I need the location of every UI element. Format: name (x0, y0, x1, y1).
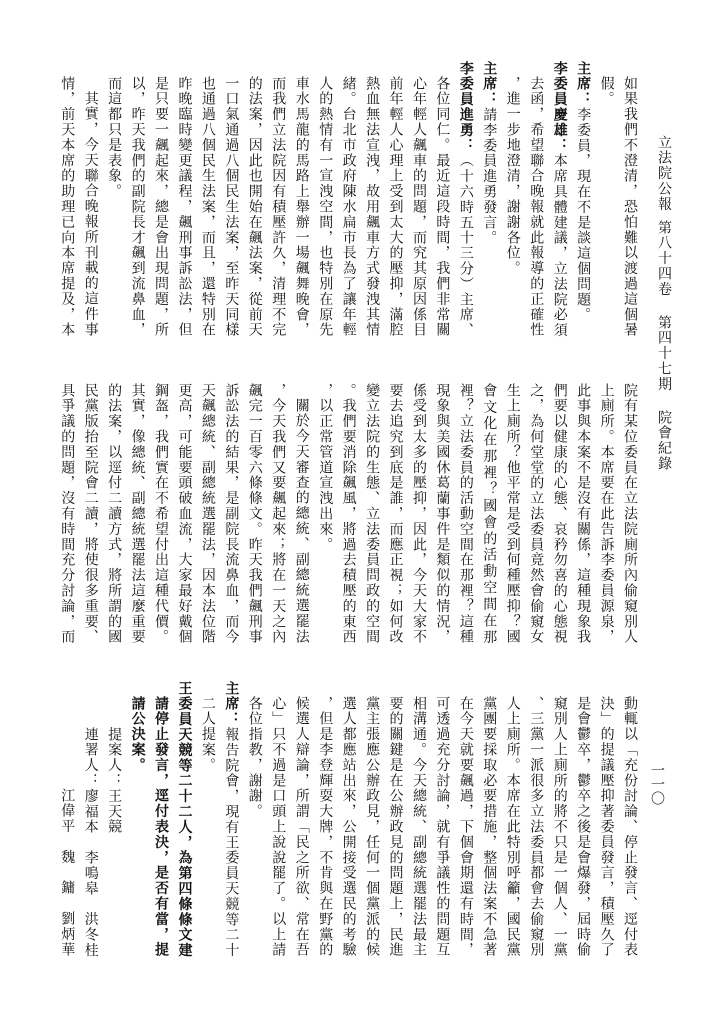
proposer-name: 王天競 (106, 788, 122, 834)
text-column: ，以正常管道宣洩出來。 (317, 383, 333, 552)
column-text: 們要以健康的心態、哀矜勿喜的心態視 (552, 383, 568, 645)
column-text: 窺別人上廁所的將不只是一個人、一黨 (552, 696, 568, 958)
proposer-label: 提案人： (106, 727, 122, 789)
column-text: 選人都應站出來，公開接受選民的考驗 (341, 696, 357, 958)
motion-text-column: 請停止發言，逕付表決，是否有當，提 (153, 696, 169, 958)
text-band-middle: 院有某位委員在立法院廁所內偷窺別人 上廁所。本席要在此告訴李委員源泉， 此事與本… (0, 383, 726, 663)
column-text: 也通過八個民生法案，而且，還特別在 (200, 76, 216, 338)
column-text: 緒。台北市政府陳水扁市長為了讓年輕 (341, 76, 357, 338)
text-column: ，但是李登輝耍大牌，不肯與在野黨的 (317, 696, 333, 958)
column-text: 的法案，因此也開始在飆法案，從前天 (247, 76, 263, 338)
column-text: ，以正常管道宣洩出來。 (317, 383, 333, 552)
column-text: 。我們要消除飆風，將過去積壓的東西 (341, 383, 357, 645)
column-text: 報告院會，現有王委員天競等二十 (223, 727, 239, 958)
column-text: 各位同仁。最近這段時間，我們非常關 (434, 76, 450, 338)
text-column: 心年輕人飆車的問題，而究其原因係目 (411, 76, 427, 338)
text-column: 窺別人上廁所的將不只是一個人、一黨 (552, 696, 568, 958)
cosigner-column: 江偉平 魏 鏞 劉炳華 (59, 788, 75, 957)
column-text: 李委員，現在不是談這個問題。 (575, 107, 591, 323)
text-column: 是會鬱卒，鬱卒之後是會爆發，屆時偷 (575, 696, 591, 958)
column-text: 動輒以「充份討論、停止發言、逕付表 (622, 696, 638, 958)
text-column: 相溝通。今天總統、副總統選罷法最主 (411, 696, 427, 958)
column-text: 訴訟法的結果，是副院長流鼻血，而今 (223, 383, 239, 645)
column-text: 鋼盔，我們實在不希望付出這種代價。 (153, 383, 169, 645)
column-text: 各位指教，謝謝。 (247, 696, 263, 819)
text-column: 而這都只是表象。 (106, 76, 122, 199)
text-column: 具爭議的問題，沒有時間充分討論，而 (59, 383, 75, 645)
column-text: ，進一步地澄清，謝謝各位。 (505, 76, 521, 276)
paragraph-start-column: 其實，今天聯合晚報所刊載的這件事 (83, 91, 99, 337)
column-text: 熱血無法宣洩，故用飆車方式發洩其情 (364, 76, 380, 338)
text-column: 決」的提議壓抑著委員發言，積壓久了 (599, 696, 615, 958)
text-column: 熱血無法宣洩，故用飆車方式發洩其情 (364, 76, 380, 338)
motion-text: 王委員天競等二十二人，為第四條條文建 (177, 681, 193, 958)
column-text: 生上廁所？他平常是受到何種壓抑？國 (505, 383, 521, 645)
motion-text: 請公決案。 (130, 696, 146, 773)
text-column: 們要以健康的心態、哀矜勿喜的心態視 (552, 383, 568, 645)
speaker-label: 主席： (223, 681, 239, 727)
text-column: 動輒以「充份討論、停止發言、逕付表 (622, 696, 638, 958)
motion-text: 請停止發言，逕付表決，是否有當，提 (153, 696, 169, 958)
text-column: 現象與美國休葛蘭事件是類似的情況， (434, 383, 450, 645)
column-text: 具爭議的問題，沒有時間充分討論，而 (59, 383, 75, 645)
column-text: 其實，今天聯合晚報所刊載的這件事 (83, 91, 99, 337)
text-column: 而我們立法院因有積壓許久，清理不完 (270, 76, 286, 338)
text-column: 天飆總統、副總統選罷法，因本法位階 (200, 383, 216, 645)
speech-column: 李委員慶雄：本席具體建議，立法院必須 (552, 61, 568, 338)
text-column: 是只要一飆起來，總是會出現問題，所 (153, 76, 169, 338)
column-text: 裡？立法委員的活動空間在那裡？這種 (458, 383, 474, 645)
column-text: 心」只不過是口頭上說說罷了。以上請 (270, 696, 286, 958)
column-text: 係受到太多的壓抑，因此，今天大家不 (411, 383, 427, 645)
speaker-label: 主席： (481, 61, 497, 107)
text-column: 變立法院的生態、立法委員問政的空間 (364, 383, 380, 645)
text-column: 候選人辯論，所謂「民之所欲、常在吾 (294, 696, 310, 958)
text-column: 昨晚臨時變更議程，飆刑事訴訟法，但 (177, 76, 193, 338)
column-text: 心年輕人飆車的問題，而究其原因係目 (411, 76, 427, 338)
column-text: 其實，像總統、副總統選罷法這麼重要 (130, 383, 146, 645)
cosigner-column: 連署人：廖福本 李鳴皋 洪冬桂 (83, 727, 99, 958)
cosigner-names: 廖福本 李鳴皋 洪冬桂 (83, 788, 99, 957)
column-text: 以，昨天我們的副院長才飆到流鼻血， (130, 76, 146, 338)
column-text: 人上廁所。本席在此特別呼籲，國民黨 (505, 696, 521, 958)
column-text: 可透過充分討論，就有爭議性的問題互 (434, 696, 450, 958)
column-text: 決」的提議壓抑著委員發言，積壓久了 (599, 696, 615, 958)
text-column: 其實，像總統、副總統選罷法這麼重要 (130, 383, 146, 645)
text-column: 心」只不過是口頭上說說罷了。以上請 (270, 696, 286, 958)
text-column: 在今天就要飆過，下個會期還有時間， (458, 696, 474, 958)
text-column: 情，前天本席的助理已向本席提及，本 (59, 76, 75, 338)
column-text: 會文化在那裡？國會的活動空間在那 (481, 383, 497, 645)
text-column: 之，為何堂堂的立法委員竟然會偷窺女 (528, 383, 544, 645)
column-text: 黨團要採取必要措施，整個法案不急著 (481, 696, 497, 958)
column-text: 前年輕人心理上受到太大的壓抑，滿腔 (388, 76, 404, 338)
text-column: 。我們要消除飆風，將過去積壓的東西 (341, 383, 357, 645)
text-column: 前年輕人心理上受到太大的壓抑，滿腔 (388, 76, 404, 338)
text-column: 各位指教，謝謝。 (247, 696, 263, 819)
column-text: （十六時五十三分）主席、 (458, 153, 474, 338)
text-column: 院有某位委員在立法院廁所內偷窺別人 (622, 383, 638, 645)
column-text: 假。 (599, 76, 615, 107)
column-text: 飆完一百零六條條文。昨天我們飆刑事 (247, 383, 263, 645)
gazette-page: 立法院公報 第八十四卷 第四十七期 院會紀錄 一一〇 如果我們不澄清，恐怕難以渡… (0, 0, 726, 1024)
text-column: 一口氣通過八個民生法案，至昨天同樣 (223, 76, 239, 338)
column-text: 、三黨一派很多立法委員都會去偷窺別 (528, 696, 544, 958)
text-column: 車水馬龍的馬路上舉辦一場飆舞晚會， (294, 76, 310, 338)
column-text: 現象與美國休葛蘭事件是類似的情況， (434, 383, 450, 645)
column-text: 關於今天審查的總統、副總統選罷法 (294, 398, 310, 644)
column-text: 天飆總統、副總統選罷法，因本法位階 (200, 383, 216, 645)
text-column: ，進一步地澄清，謝謝各位。 (505, 76, 521, 276)
column-text: 情，前天本席的助理已向本席提及，本 (59, 76, 75, 338)
text-column: 民黨版抬至院會二讀，將使很多重要、 (83, 383, 99, 645)
text-column: 如果我們不澄清，恐怕難以渡過這個暑 (622, 76, 638, 338)
column-text: 此事與本案不是沒有關係，這種現象我 (575, 383, 591, 645)
column-text: 人的熱情有一宣洩空間，也特別在原先 (317, 76, 333, 338)
column-text: 二人提案。 (200, 696, 216, 773)
column-text: 車水馬龍的馬路上舉辦一場飆舞晚會， (294, 76, 310, 338)
text-band-lower: 動輒以「充份討論、停止發言、逕付表 決」的提議壓抑著委員發言，積壓久了 是會鬱卒… (0, 696, 726, 976)
column-text: 黨主張應公辦政見，任何一個黨派的候 (364, 696, 380, 958)
speaker-label: 李委員慶雄： (552, 61, 568, 153)
text-column: 選人都應站出來，公開接受選民的考驗 (341, 696, 357, 958)
paragraph-start-column: 關於今天審查的總統、副總統選罷法 (294, 398, 310, 644)
column-text: 候選人辯論，所謂「民之所欲、常在吾 (294, 696, 310, 958)
motion-text-column: 王委員天競等二十二人，為第四條條文建 (177, 681, 193, 958)
text-column: 要去追究到底是誰，而應正視；如何改 (388, 383, 404, 645)
column-text: 請李委員進勇發言。 (481, 107, 497, 246)
column-text: 而我們立法院因有積壓許久，清理不完 (270, 76, 286, 338)
speech-column: 主席：報告院會，現有王委員天競等二十 (223, 681, 239, 958)
column-text: 之，為何堂堂的立法委員竟然會偷窺女 (528, 383, 544, 645)
column-text: 要的關鍵是在公辦政見的問題上，民進 (388, 696, 404, 958)
text-column: 更高，可能要頭破血流，大家最好戴個 (177, 383, 193, 645)
column-text: 是只要一飆起來，總是會出現問題，所 (153, 76, 169, 338)
text-column: 的法案，以逕付二讀方式，將所謂的國 (106, 383, 122, 645)
column-text: 的法案，以逕付二讀方式，將所謂的國 (106, 383, 122, 645)
text-column: 可透過充分討論，就有爭議性的問題互 (434, 696, 450, 958)
column-text: 要去追究到底是誰，而應正視；如何改 (388, 383, 404, 645)
column-text: 去函，希望聯合晚報就此報導的正確性 (528, 76, 544, 338)
text-column: 也通過八個民生法案，而且，還特別在 (200, 76, 216, 338)
text-band-upper: 如果我們不澄清，恐怕難以渡過這個暑 假。 主席：李委員，現在不是談這個問題。 李… (0, 76, 726, 356)
text-column: 訴訟法的結果，是副院長流鼻血，而今 (223, 383, 239, 645)
speaker-label: 主席： (575, 61, 591, 107)
column-text: 一口氣通過八個民生法案，至昨天同樣 (223, 76, 239, 338)
column-text: 更高，可能要頭破血流，大家最好戴個 (177, 383, 193, 645)
speech-column: 主席：請李委員進勇發言。 (481, 61, 497, 246)
text-column: 鋼盔，我們實在不希望付出這種代價。 (153, 383, 169, 645)
proposer-column: 提案人：王天競 (106, 727, 122, 835)
text-column: 上廁所。本席要在此告訴李委員源泉， (599, 383, 615, 645)
column-text: 在今天就要飆過，下個會期還有時間， (458, 696, 474, 958)
text-column: 假。 (599, 76, 615, 107)
speech-column: 李委員進勇：（十六時五十三分）主席、 (458, 61, 474, 338)
text-column: 去函，希望聯合晚報就此報導的正確性 (528, 76, 544, 338)
text-column: 此事與本案不是沒有關係，這種現象我 (575, 383, 591, 645)
column-text: 本席具體建議，立法院必須 (552, 153, 568, 338)
cosigner-names: 江偉平 魏 鏞 劉炳華 (59, 788, 75, 957)
text-column: 會文化在那裡？國會的活動空間在那 (481, 383, 497, 645)
column-text: 院有某位委員在立法院廁所內偷窺別人 (622, 383, 638, 645)
text-column: 的法案，因此也開始在飆法案，從前天 (247, 76, 263, 338)
text-column: 以，昨天我們的副院長才飆到流鼻血， (130, 76, 146, 338)
speaker-label: 李委員進勇： (458, 61, 474, 153)
column-text: 如果我們不澄清，恐怕難以渡過這個暑 (622, 76, 638, 338)
column-text: 而這都只是表象。 (106, 76, 122, 199)
text-column: 係受到太多的壓抑，因此，今天大家不 (411, 383, 427, 645)
cosigner-label: 連署人： (83, 727, 99, 789)
text-column: ，今天我們又要飆起來；將在一天之內 (270, 383, 286, 645)
text-column: 黨團要採取必要措施，整個法案不急著 (481, 696, 497, 958)
column-text: 變立法院的生態、立法委員問政的空間 (364, 383, 380, 645)
text-column: 裡？立法委員的活動空間在那裡？這種 (458, 383, 474, 645)
column-text: 上廁所。本席要在此告訴李委員源泉， (599, 383, 615, 645)
text-column: 人的熱情有一宣洩空間，也特別在原先 (317, 76, 333, 338)
text-column: 要的關鍵是在公辦政見的問題上，民進 (388, 696, 404, 958)
text-column: 人上廁所。本席在此特別呼籲，國民黨 (505, 696, 521, 958)
text-column: 飆完一百零六條條文。昨天我們飆刑事 (247, 383, 263, 645)
speech-column: 主席：李委員，現在不是談這個問題。 (575, 61, 591, 323)
column-text: 相溝通。今天總統、副總統選罷法最主 (411, 696, 427, 958)
text-column: 、三黨一派很多立法委員都會去偷窺別 (528, 696, 544, 958)
column-text: ，但是李登輝耍大牌，不肯與在野黨的 (317, 696, 333, 958)
column-text: 民黨版抬至院會二讀，將使很多重要、 (83, 383, 99, 645)
column-text: 昨晚臨時變更議程，飆刑事訴訟法，但 (177, 76, 193, 338)
text-column: 黨主張應公辦政見，任何一個黨派的候 (364, 696, 380, 958)
motion-text-column: 請公決案。 (130, 696, 146, 773)
column-text: 是會鬱卒，鬱卒之後是會爆發，屆時偷 (575, 696, 591, 958)
text-column: 緒。台北市政府陳水扁市長為了讓年輕 (341, 76, 357, 338)
column-text: ，今天我們又要飆起來；將在一天之內 (270, 383, 286, 645)
text-column: 二人提案。 (200, 696, 216, 773)
text-column: 各位同仁。最近這段時間，我們非常關 (434, 76, 450, 338)
text-column: 生上廁所？他平常是受到何種壓抑？國 (505, 383, 521, 645)
